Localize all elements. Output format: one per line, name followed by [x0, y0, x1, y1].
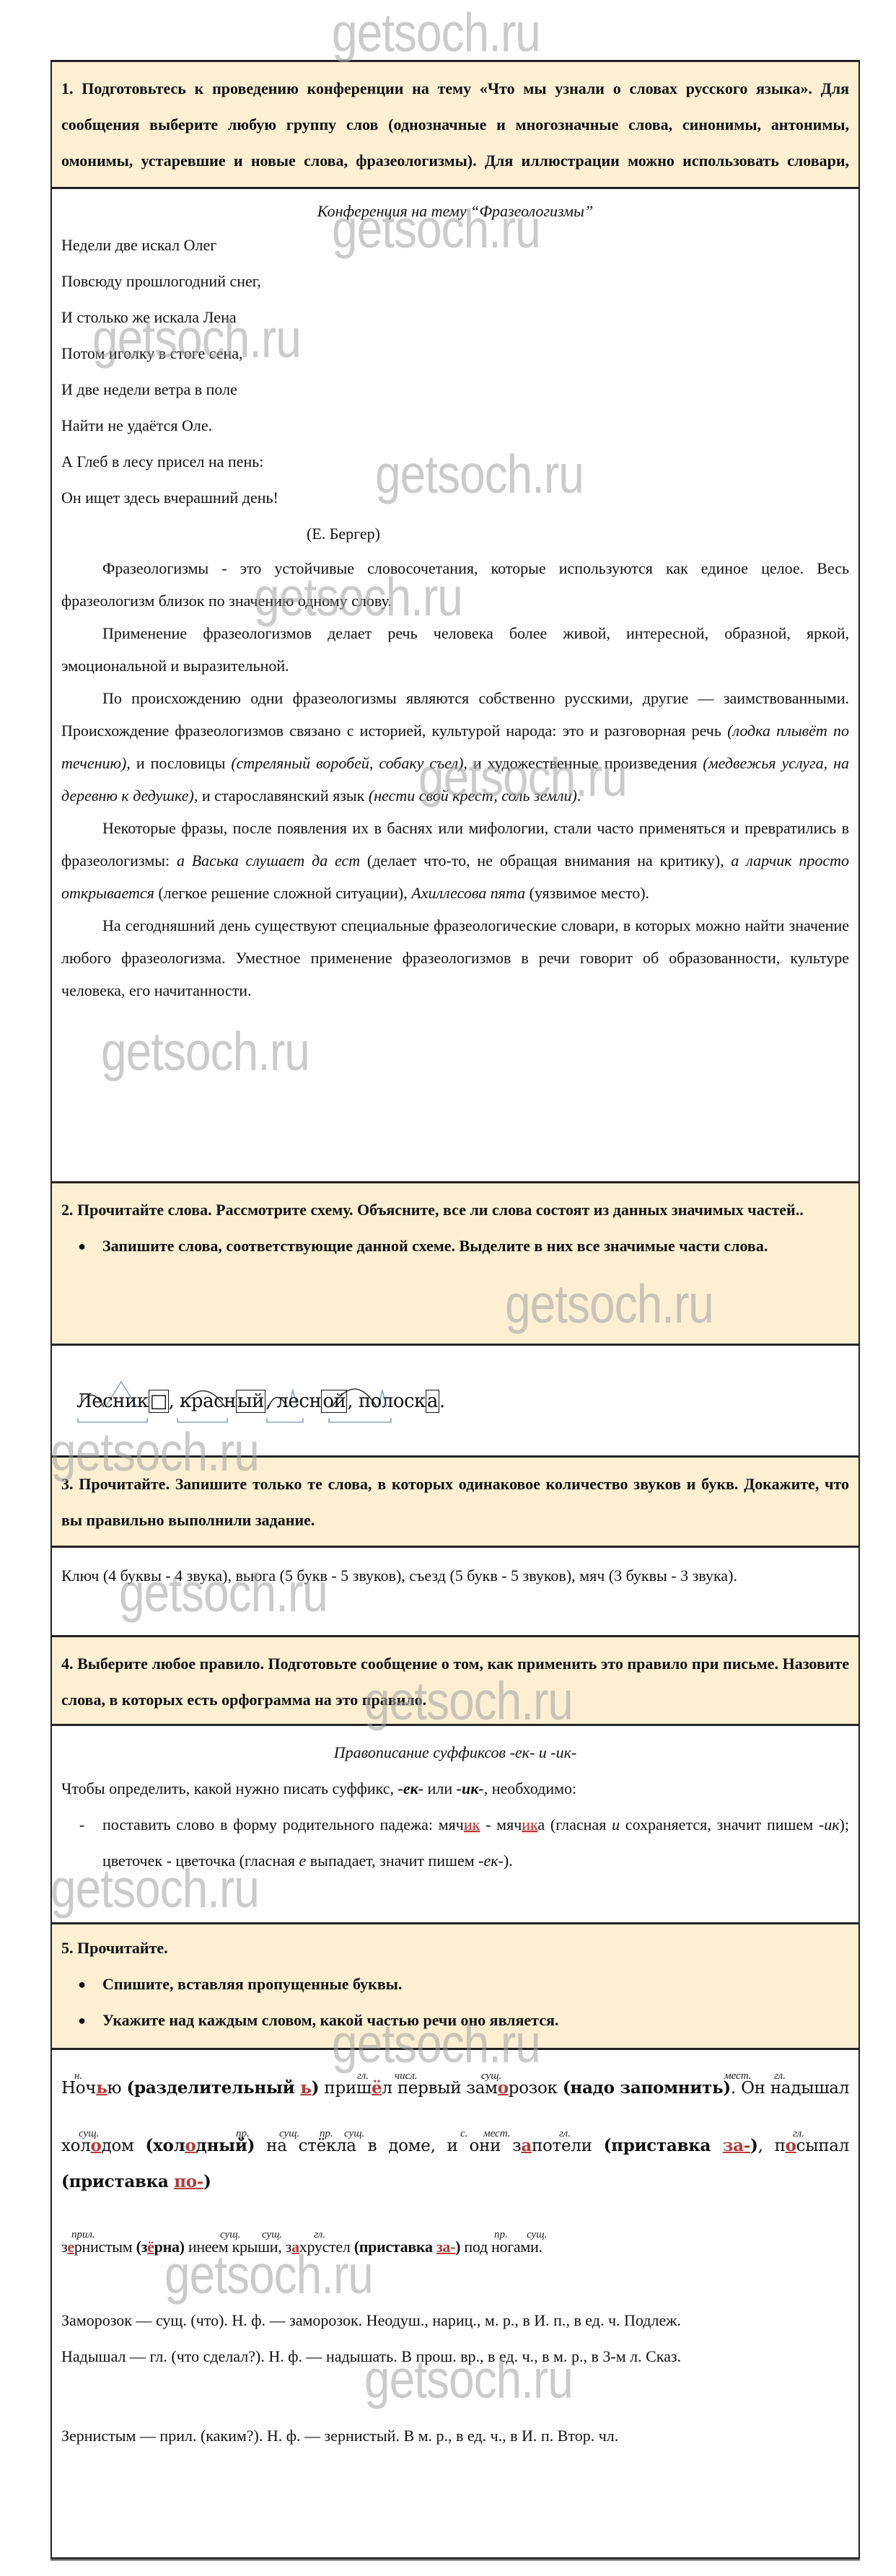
answer-3-box: Ключ (4 буквы - 4 звука), вьюга (5 букв …	[50, 1546, 860, 1635]
task-3-text: 3. Прочитайте. Запишите только те слова,…	[52, 1458, 858, 1538]
rule-title: Правописание суффиксов -ек- и -ик-	[61, 1735, 849, 1771]
task-5-box: 5. Прочитайте. ● Спишите, вставляя пропу…	[50, 1922, 860, 2048]
poem-line: Повсюду прошлогодний снег,	[61, 263, 849, 299]
scheme-word: Лесник□,	[76, 1390, 180, 1413]
bullet-icon: ●	[61, 1228, 102, 1264]
pos-labels: прил. сущ. сущ. гл. пр. сущ.	[61, 2216, 849, 2235]
task-1-box: 1. Подготовьтесь к проведению конференци…	[50, 60, 860, 187]
watermark: getsoch.ru	[332, 1, 540, 63]
task-5-title: 5. Прочитайте.	[61, 1930, 849, 1966]
exercise-line: (приставка по-)	[61, 2170, 849, 2194]
paragraph-usage: Применение фразеологизмов делает речь че…	[61, 617, 849, 682]
paragraph-fables: Некоторые фразы, после появления их в ба…	[61, 812, 849, 909]
task-2-text: 2. Прочитайте слова. Рассмотрите схему. …	[61, 1192, 849, 1228]
task-3-box: 3. Прочитайте. Запишите только те слова,…	[50, 1455, 860, 1546]
analysis-nadyshal: Надышал — гл. (что сделал?). Н. ф. — над…	[61, 2339, 849, 2375]
morpheme-arcs-icon	[52, 1346, 485, 1425]
bullet-icon: ●	[61, 2002, 102, 2038]
rule-item: - поставить слово в форму родительного п…	[61, 1807, 849, 1879]
pos-labels: н. гл. числ. сущ. мест. гл.	[61, 2057, 849, 2076]
dash-icon: -	[61, 1807, 102, 1879]
answer-3-text: Ключ (4 буквы - 4 звука), вьюга (5 букв …	[52, 1548, 858, 1594]
poem-line: Он ищет здесь вчерашний день!	[61, 480, 849, 516]
poem-line: Недели две искал Олег	[61, 227, 849, 263]
task-2-bullet: ● Запишите слова, соответствующие данной…	[61, 1228, 849, 1264]
conference-title: Конференция на тему “Фразеологизмы”	[61, 195, 849, 227]
paragraph-definition: Фразеологизмы - это устойчивые словосоче…	[61, 552, 849, 617]
poem-line: Потом иголку в стоге сена,	[61, 336, 849, 372]
task-4-box: 4. Выберите любое правило. Подготовьте с…	[50, 1635, 860, 1724]
analysis-zamorozok: Заморозок — сущ. (что). Н. ф. — заморозо…	[61, 2303, 849, 2339]
poem-line: Найти не удаётся Оле.	[61, 408, 849, 444]
poem-line: А Глеб в лесу присел на пень:	[61, 444, 849, 480]
scheme-word: полоска.	[359, 1390, 445, 1413]
bullet-icon: ●	[61, 1966, 102, 2002]
scheme-word: красный,	[180, 1390, 276, 1413]
paragraph-origin: По происхождению одни фразеологизмы явля…	[61, 682, 849, 812]
exercise-line: холодом (холодный) на стёкла в доме, и о…	[61, 2134, 849, 2158]
poem-line: И две недели ветра в поле	[61, 372, 849, 408]
poem-author: (Е. Бергер)	[61, 516, 849, 552]
answer-5-box: н. гл. числ. сущ. мест. гл. Ночью (разде…	[50, 2048, 860, 2559]
poem: Недели две искал Олег Повсюду прошлогодн…	[61, 227, 849, 552]
task-4-text: 4. Выберите любое правило. Подготовьте с…	[52, 1637, 858, 1718]
scheme-word: лесной,	[277, 1390, 359, 1413]
answer-2-box: Лесник□, красный, лесной, полоска.	[50, 1344, 860, 1455]
poem-line: И столько же искала Лена	[61, 299, 849, 336]
morpheme-scheme: Лесник□, красный, лесной, полоска.	[52, 1346, 858, 1425]
task-5-bullet: ● Укажите над каждым словом, какой часть…	[61, 2002, 849, 2038]
task-5-bullet: ● Спишите, вставляя пропущенные буквы.	[61, 1966, 849, 2002]
scheme-words: Лесник□, красный, лесной, полоска.	[76, 1390, 445, 1412]
task-2-box: 2. Прочитайте слова. Рассмотрите схему. …	[50, 1181, 860, 1344]
exercise-line: зернистым (зёрна) инеем крыши, захрустел…	[61, 2235, 849, 2259]
paragraph-dictionaries: На сегодняшний день существуют специальн…	[61, 909, 849, 1007]
analysis-zernistym: Зернистым — прил. (каким?). Н. ф. — зерн…	[61, 2418, 849, 2454]
answer-1-box: Конференция на тему “Фразеологизмы” Неде…	[50, 187, 860, 1181]
answer-4-box: Правописание суффиксов -ек- и -ик- Чтобы…	[50, 1724, 860, 1922]
pos-labels: сущ. пр. сущ. пр. сущ. с. мест. гл. гл.	[61, 2115, 849, 2134]
rule-intro: Чтобы определить, какой нужно писать суф…	[61, 1771, 849, 1807]
